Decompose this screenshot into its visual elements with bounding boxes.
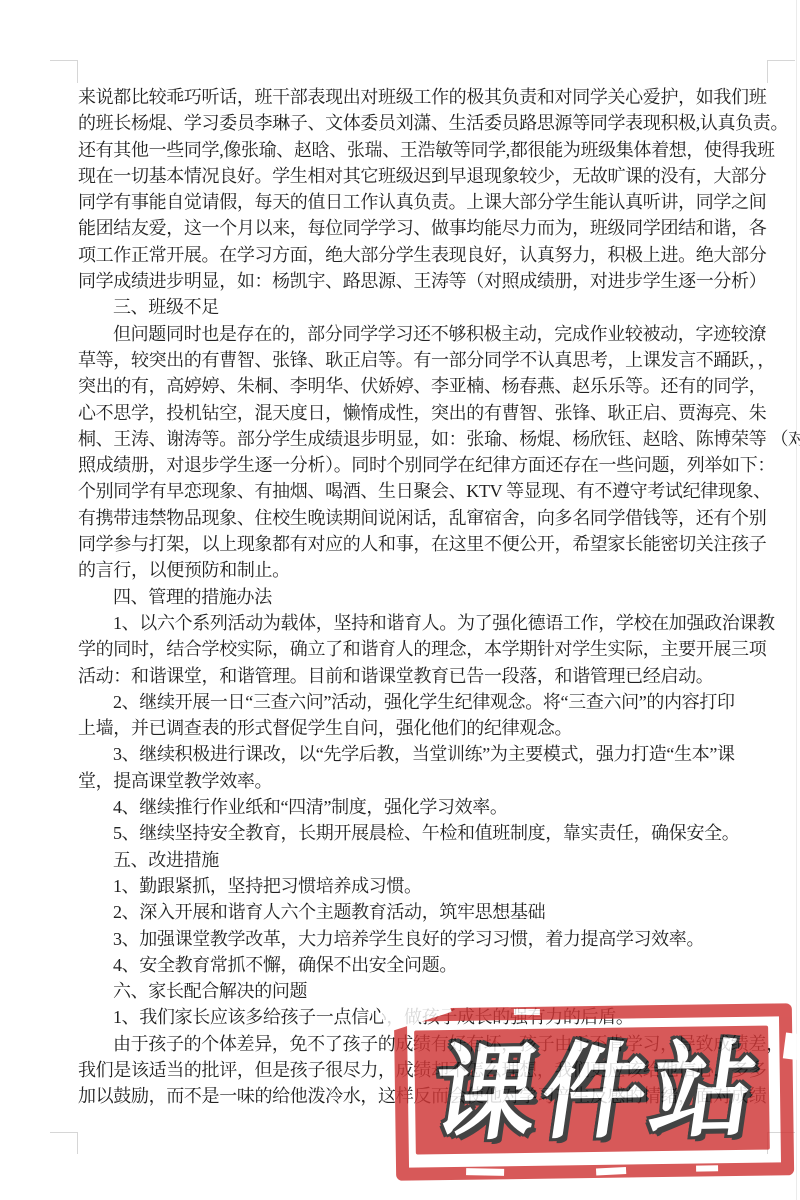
text-line: 现在一切基本情况良好。学生相对其它班级迟到早退现象较少，无故旷课的没有，大部分 bbox=[78, 163, 770, 189]
text-line: 同学成绩进步明显，如：杨凯宇、路思源、王涛等（对照成绩册，对进步学生逐一分析） bbox=[78, 268, 770, 294]
stamp-distress-mark bbox=[466, 1168, 504, 1176]
text-line: 2、深入开展和谐育人六个主题教育活动，筑牢思想基础 bbox=[78, 899, 770, 925]
text-line: 5、继续坚持安全教育，长期开展晨检、午检和值班制度，靠实责任，确保安全。 bbox=[78, 820, 770, 846]
text-line: 2、继续开展一日“三查六问”活动，强化学生纪律观念。将“三查六问”的内容打印 bbox=[78, 689, 770, 715]
text-line: 堂，提高课堂教学效率。 bbox=[78, 768, 770, 794]
text-line: 三、班级不足 bbox=[78, 294, 770, 320]
text-line: 活动：和谐课堂，和谐管理。目前和谐课堂教育已告一段落，和谐管理已经启动。 bbox=[78, 663, 770, 689]
stamp-distress-mark bbox=[696, 1165, 718, 1171]
text-line: 4、安全教育常抓不懈，确保不出安全问题。 bbox=[78, 952, 770, 978]
margin-corner-top-right bbox=[767, 60, 795, 83]
text-line: 的言行，以便预防和制止。 bbox=[78, 557, 770, 583]
text-line: 还有其他一些同学,像张瑜、赵晗、张瑞、王浩敏等同学,都很能为班级集体着想，使得我… bbox=[78, 137, 770, 163]
text-line: 四、管理的措施办法 bbox=[78, 584, 770, 610]
text-line: 项工作正常开展。在学习方面，绝大部分学生表现良好，认真努力，积极上进。绝大部分 bbox=[78, 242, 770, 268]
text-line: 桐、王涛、谢涛等。部分学生成绩退步明显，如：张瑜、杨焜、杨欣钰、赵晗、陈博荣等 … bbox=[78, 426, 770, 452]
text-line: 上墙，并已调查表的形式督促学生自问，强化他们的纪律观念。 bbox=[78, 715, 770, 741]
margin-corner-bottom-left bbox=[50, 1132, 78, 1154]
text-line: 照成绩册，对退步学生逐一分析）。同时个别同学在纪律方面还存在一些问题，列举如下： bbox=[78, 452, 770, 478]
text-line: 4、继续推行作业纸和“四清”制度，强化学习效率。 bbox=[78, 794, 770, 820]
document-page: 来说都比较乖巧听话，班干部表现出对班级工作的极其负责和对同学关心爱护，如我们班的… bbox=[0, 0, 800, 1200]
text-line: 由于孩子的个体差异，免不了孩子的成绩有好有坏，孩子由于不肯学习，导致成绩差， bbox=[78, 1031, 770, 1057]
text-line: 突出的有，高婷婷、朱桐、李明华、伏娇婷、李亚楠、杨春燕、赵乐乐等。还有的同学， bbox=[78, 373, 770, 399]
page-edge-line bbox=[796, 0, 797, 1200]
text-line: 1、勤跟紧抓，坚持把习惯培养成习惯。 bbox=[78, 873, 770, 899]
text-line: 草等，较突出的有曹智、张锋、耿正启等。有一部分同学不认真思考，上课发言不踊跃，， bbox=[78, 347, 770, 373]
text-line: 1、我们家长应该多给孩子一点信心，做孩子成长的强有力的后盾。 bbox=[78, 1004, 770, 1030]
text-line: 心不思学，投机钻空，混天度日，懒惰成性，突出的有曹智、张锋、耿正启、贾海亮、朱 bbox=[78, 400, 770, 426]
document-text-body: 来说都比较乖巧听话，班干部表现出对班级工作的极其负责和对同学关心爱护，如我们班的… bbox=[78, 84, 770, 1110]
text-line: 我们是该适当的批评，但是孩子很尽力，成绩却不怎么理想，我们更应该给他信心，多多 bbox=[78, 1057, 770, 1083]
text-line: 3、加强课堂教学改革，大力培养学生良好的学习习惯，着力提高学习效率。 bbox=[78, 926, 770, 952]
text-line: 1、以六个系列活动为载体，坚持和谐育人。为了强化德语工作，学校在加强政治课教 bbox=[78, 610, 770, 636]
stamp-distress-mark bbox=[783, 1032, 800, 1060]
text-line: 同学参与打架，以上现象都有对应的人和事，在这里不便公开，希望家长能密切关注孩子 bbox=[78, 531, 770, 557]
stamp-distress-mark bbox=[596, 1167, 626, 1175]
text-line: 六、家长配合解决的问题 bbox=[78, 978, 770, 1004]
text-line: 来说都比较乖巧听话，班干部表现出对班级工作的极其负责和对同学关心爱护，如我们班 bbox=[78, 84, 770, 110]
text-line: 学的同时，结合学校实际，确立了和谐育人的理念，本学期针对学生实际，主要开展三项 bbox=[78, 636, 770, 662]
text-line: 五、改进措施 bbox=[78, 847, 770, 873]
margin-corner-bottom-right bbox=[767, 1132, 795, 1154]
text-line: 的班长杨焜、学习委员李琳子、文体委员刘潇、生活委员路思源等同学表现积极,认真负责… bbox=[78, 110, 770, 136]
text-line: 能团结友爱，这一个月以来，每位同学学习、做事均能尽力而为，班级同学团结和谐，各 bbox=[78, 215, 770, 241]
text-line: 同学有事能自觉请假，每天的值日工作认真负责。上课大部分学生能认真听讲，同学之间 bbox=[78, 189, 770, 215]
text-line: 个别同学有早恋现象、有抽烟、喝酒、生日聚会、KTV 等显现、有不遵守考试纪律现象… bbox=[78, 478, 770, 504]
text-line: 加以鼓励，而不是一味的给他泼冷水，这样反而会使他对学习产生反感的情绪，面对成绩 bbox=[78, 1083, 770, 1109]
text-line: 但问题同时也是存在的，部分同学学习还不够积极主动，完成作业较被动，字迹较潦 bbox=[78, 321, 770, 347]
text-line: 3、继续积极进行课改，以“先学后教，当堂训练”为主要模式，强力打造“生本”课 bbox=[78, 741, 770, 767]
margin-corner-top-left bbox=[50, 60, 78, 83]
text-line: 有携带违禁物品现象、住校生晚读期间说闲话，乱窜宿舍，向多名同学借钱等，还有个别 bbox=[78, 505, 770, 531]
